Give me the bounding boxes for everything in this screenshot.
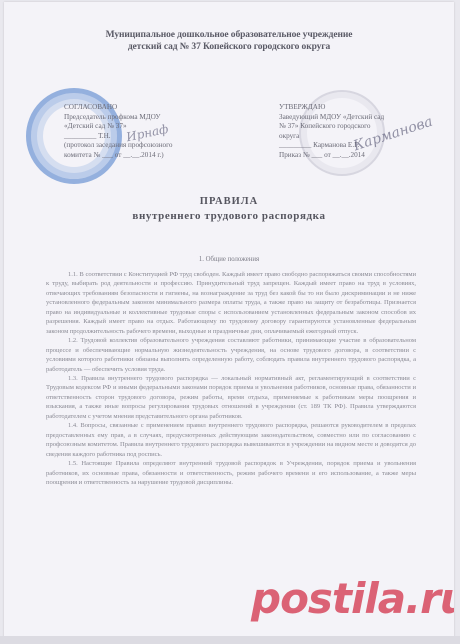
paragraph: 1.5. Настоящие Правила определяют внутре… <box>46 459 416 487</box>
approval-right-line: УТВЕРЖДАЮ <box>279 103 384 113</box>
approval-block-approved: УТВЕРЖДАЮ Заведующий МДОУ «Детский сад №… <box>279 103 384 161</box>
document-body: 1.1. В соответствии с Конституцией РФ тр… <box>46 270 416 487</box>
document-page: Муниципальное дошкольное образовательное… <box>4 2 454 638</box>
document-title: ПРАВИЛА <box>4 196 454 207</box>
document-subtitle: внутреннего трудового распорядка <box>4 210 454 222</box>
section-heading: 1. Общие положения <box>4 256 454 263</box>
page-shadow-edge <box>0 636 460 644</box>
approval-right-line: № 37» Копейского городского <box>279 122 384 132</box>
approval-left-line: комитета № ___ от __.__.2014 г.) <box>64 151 173 161</box>
paragraph: 1.1. В соответствии с Конституцией РФ тр… <box>46 270 416 336</box>
watermark-logo: postila.ru <box>251 574 454 623</box>
organization-line-2: детский сад № 37 Копейского городского о… <box>4 41 454 53</box>
paragraph: 1.2. Трудовой коллектив образовательного… <box>46 336 416 374</box>
approval-right-line: Приказ № ___ от __.__.2014 <box>279 151 384 161</box>
approval-left-line: (протокол заседания профсоюзного <box>64 141 173 151</box>
paragraph: 1.4. Вопросы, связанные с применением пр… <box>46 421 416 459</box>
paragraph: 1.3. Правила внутреннего трудового распо… <box>46 374 416 421</box>
organization-header: Муниципальное дошкольное образовательное… <box>4 29 454 53</box>
approval-left-line: СОГЛАСОВАНО <box>64 103 173 113</box>
approval-right-line: Заведующий МДОУ «Детский сад <box>279 113 384 123</box>
organization-line-1: Муниципальное дошкольное образовательное… <box>4 29 454 41</box>
approval-left-line: Председатель профкома МДОУ <box>64 113 173 123</box>
